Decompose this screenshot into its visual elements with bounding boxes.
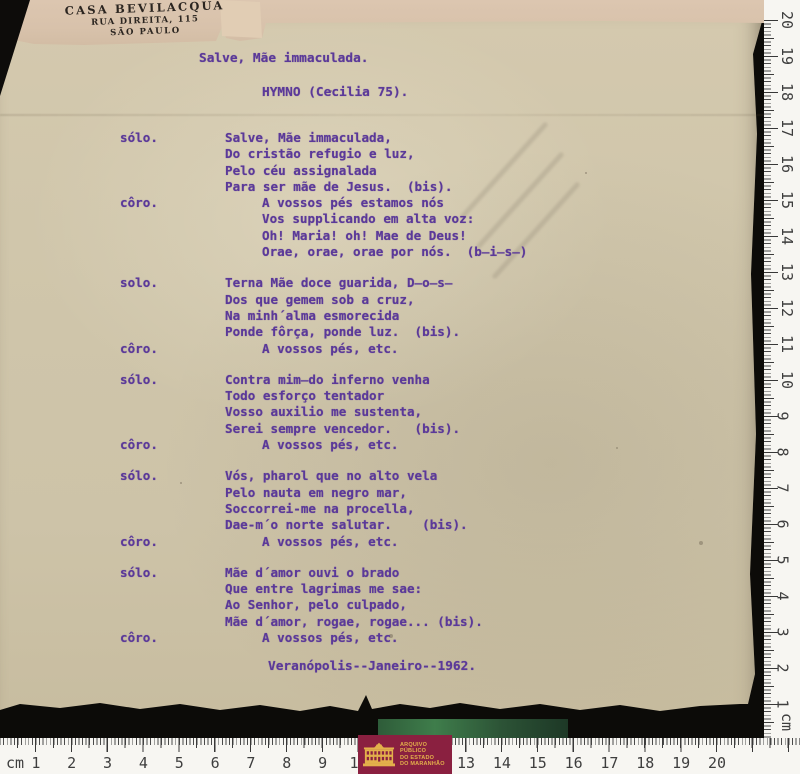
ruler-number: 17 [778,119,796,137]
verse-line: Para ser mãe de Jesus. (bis). [225,179,452,195]
verse-line: A vossos pés, etc. [225,534,398,550]
verse-line: Vos supplicando em alta voz: [225,211,527,227]
ruler-number: 18 [778,83,796,101]
ruler-number: 1 [31,754,40,772]
ruler-number: 17 [600,754,618,772]
voice-label: sólo. [120,372,225,388]
verse-line: Ao Senhor, pelo culpado, [225,597,483,613]
voice-label: côro. [120,437,225,453]
ruler-number: 16 [778,155,796,173]
ruler-number: 19 [778,47,796,65]
stanza-lines: Mãe d´amor ouvi o bradoQue entre lagrima… [225,565,483,630]
ruler-number: cm [6,754,24,772]
ruler-number: 15 [529,754,547,772]
verse-line: Pelo céu assignalada [225,163,452,179]
ruler-number: 3 [774,627,792,636]
verse-line: Orae, orae, orae por nós. (b̶i̶s̶) [225,244,527,260]
verse-line: A vossos pés, etc. [225,341,398,357]
verse-line: Dae-m´o norte salutar. (bis). [225,517,468,533]
ruler-number: 2 [67,754,76,772]
verse-line: Que entre lagrimas me sae: [225,581,483,597]
ruler-number: 14 [493,754,511,772]
ruler-number: 11 [778,335,796,353]
stanza-lines: A vossos pés, etc. [225,341,398,357]
voice-label: côro. [120,341,225,357]
verse-line: Ponde fôrça, ponde luz. (bis). [225,324,460,340]
ruler-number: 7 [774,483,792,492]
verse-line: Serei sempre vencedor. (bis). [225,421,460,437]
verse-line: Salve, Mãe immaculada, [225,130,452,146]
verse-line: Dos que gemem sob a cruz, [225,292,460,308]
stanza-lines: A vossos pés, etc. [225,534,398,550]
ruler-number: 14 [778,227,796,245]
verse-line: Pelo nauta em negro mar, [225,485,468,501]
verse-line: Oh! Maria! oh! Mae de Deus! [225,228,527,244]
ruler-number: 16 [565,754,583,772]
verse-line: Soccorrei-me na procella, [225,501,468,517]
scanned-document-page: { "letterhead": { "lines": ["CASA BEVILA… [0,0,800,774]
ruler-vertical: cm1234567891011121314151617181920 [764,0,800,738]
ruler-number: 2 [774,663,792,672]
voice-label: côro. [120,630,225,646]
voice-label: côro. [120,534,225,550]
voice-label: sólo. [120,130,225,146]
ruler-number: 13 [457,754,475,772]
ruler-number: 20 [778,11,796,29]
verse-line: Vós, pharol que no alto vela [225,468,468,484]
verse-line: Contra mim̶do inferno venha [225,372,460,388]
ruler-number: 20 [708,754,726,772]
stanza-verse: sólo.Salve, Mãe immaculada,Do cristão re… [0,130,740,195]
ruler-number: cm [778,713,796,731]
stanza-lines: Terna Mãe doce guarida, D̶o̶s̶Dos que ge… [225,275,460,340]
ruler-number: 18 [636,754,654,772]
ruler-number: 7 [246,754,255,772]
ruler-number: 3 [103,754,112,772]
stanza-refrain: côro.A vossos pés, etc. [0,341,740,357]
stanza-refrain: côro.A vossos pés, etc. [0,534,740,550]
stanza-lines: Salve, Mãe immaculada,Do cristão refugio… [225,130,452,195]
ruler-number: 13 [778,263,796,281]
ruler-number: 8 [774,447,792,456]
verse-line: Vosso auxilio me sustenta, [225,404,460,420]
hymn-footer-dateline: Veranópolis--Janeiro--1962. [268,659,476,674]
hymn-stanzas: sólo.Salve, Mãe immaculada,Do cristão re… [0,130,740,646]
voice-label: sólo. [120,565,225,581]
stanza-verse: sólo.Mãe d´amor ouvi o bradoQue entre la… [0,565,740,630]
ruler-number: 19 [672,754,690,772]
verse-line: Mãe d´amor ouvi o brado [225,565,483,581]
verse-line: Do cristão refugio e luz, [225,146,452,162]
archive-building-icon [363,741,395,769]
stanza-verse: sólo.Contra mim̶do inferno venhaTodo esf… [0,372,740,437]
stanza-refrain: côro.A vossos pés, etc. [0,437,740,453]
ruler-number: 9 [318,754,327,772]
ruler-number: 5 [175,754,184,772]
ruler-number: 9 [774,411,792,420]
ruler-number: 12 [778,299,796,317]
hymn-title: Salve, Mãe immaculada. [199,51,369,66]
ruler-number: 6 [774,519,792,528]
voice-label: sólo. [120,468,225,484]
verse-line: A vossos pés, etc. [225,437,398,453]
ruler-number: 1 [774,699,792,708]
stanza-refrain: côro.A vossos pés, etc. [0,630,740,646]
stanza-lines: A vossos pés, etc. [225,437,398,453]
stanza-verse: sólo.Vós, pharol que no alto velaPelo na… [0,468,740,533]
ruler-number: 4 [774,591,792,600]
verse-line: A vossos pés estamos nós [225,195,527,211]
verse-line: A vossos pés, etc. [225,630,398,646]
ruler-number: 8 [282,754,291,772]
voice-label: côro. [120,195,225,211]
hymn-subtitle: HYMNO (Cecilia 75). [262,85,408,100]
archive-stamp-text: ARQUIVOPÚBLICODO ESTADODO MARANHÃO [400,742,445,767]
ruler-number: 6 [211,754,220,772]
stanza-verse: solo.Terna Mãe doce guarida, D̶o̶s̶Dos q… [0,275,740,340]
archive-stamp: ARQUIVOPÚBLICODO ESTADODO MARANHÃO [358,735,452,774]
paper-crease [0,114,764,116]
stanza-lines: Contra mim̶do inferno venhaTodo esforço … [225,372,460,437]
verse-line: Todo esforço tentador [225,388,460,404]
ruler-number: 5 [774,555,792,564]
voice-label: solo. [120,275,225,291]
letterhead: CASA BEVILACQUA RUA DIREITA, 115 SÃO PAU… [44,0,245,40]
verse-line: Terna Mãe doce guarida, D̶o̶s̶ [225,275,460,291]
verse-line: Mãe d´amor, rogae, rogae... (bis). [225,614,483,630]
verse-line: Na minh´alma esmorecida [225,308,460,324]
stamp-text-line: DO MARANHÃO [400,761,445,767]
ruler-number: 15 [778,191,796,209]
stanza-refrain: côro.A vossos pés estamos nósVos supplic… [0,195,740,260]
stanza-lines: Vós, pharol que no alto velaPelo nauta e… [225,468,468,533]
ruler-number: 10 [778,371,796,389]
ruler-number: 4 [139,754,148,772]
stanza-lines: A vossos pés estamos nósVos supplicando … [225,195,527,260]
stanza-lines: A vossos pés, etc. [225,630,398,646]
